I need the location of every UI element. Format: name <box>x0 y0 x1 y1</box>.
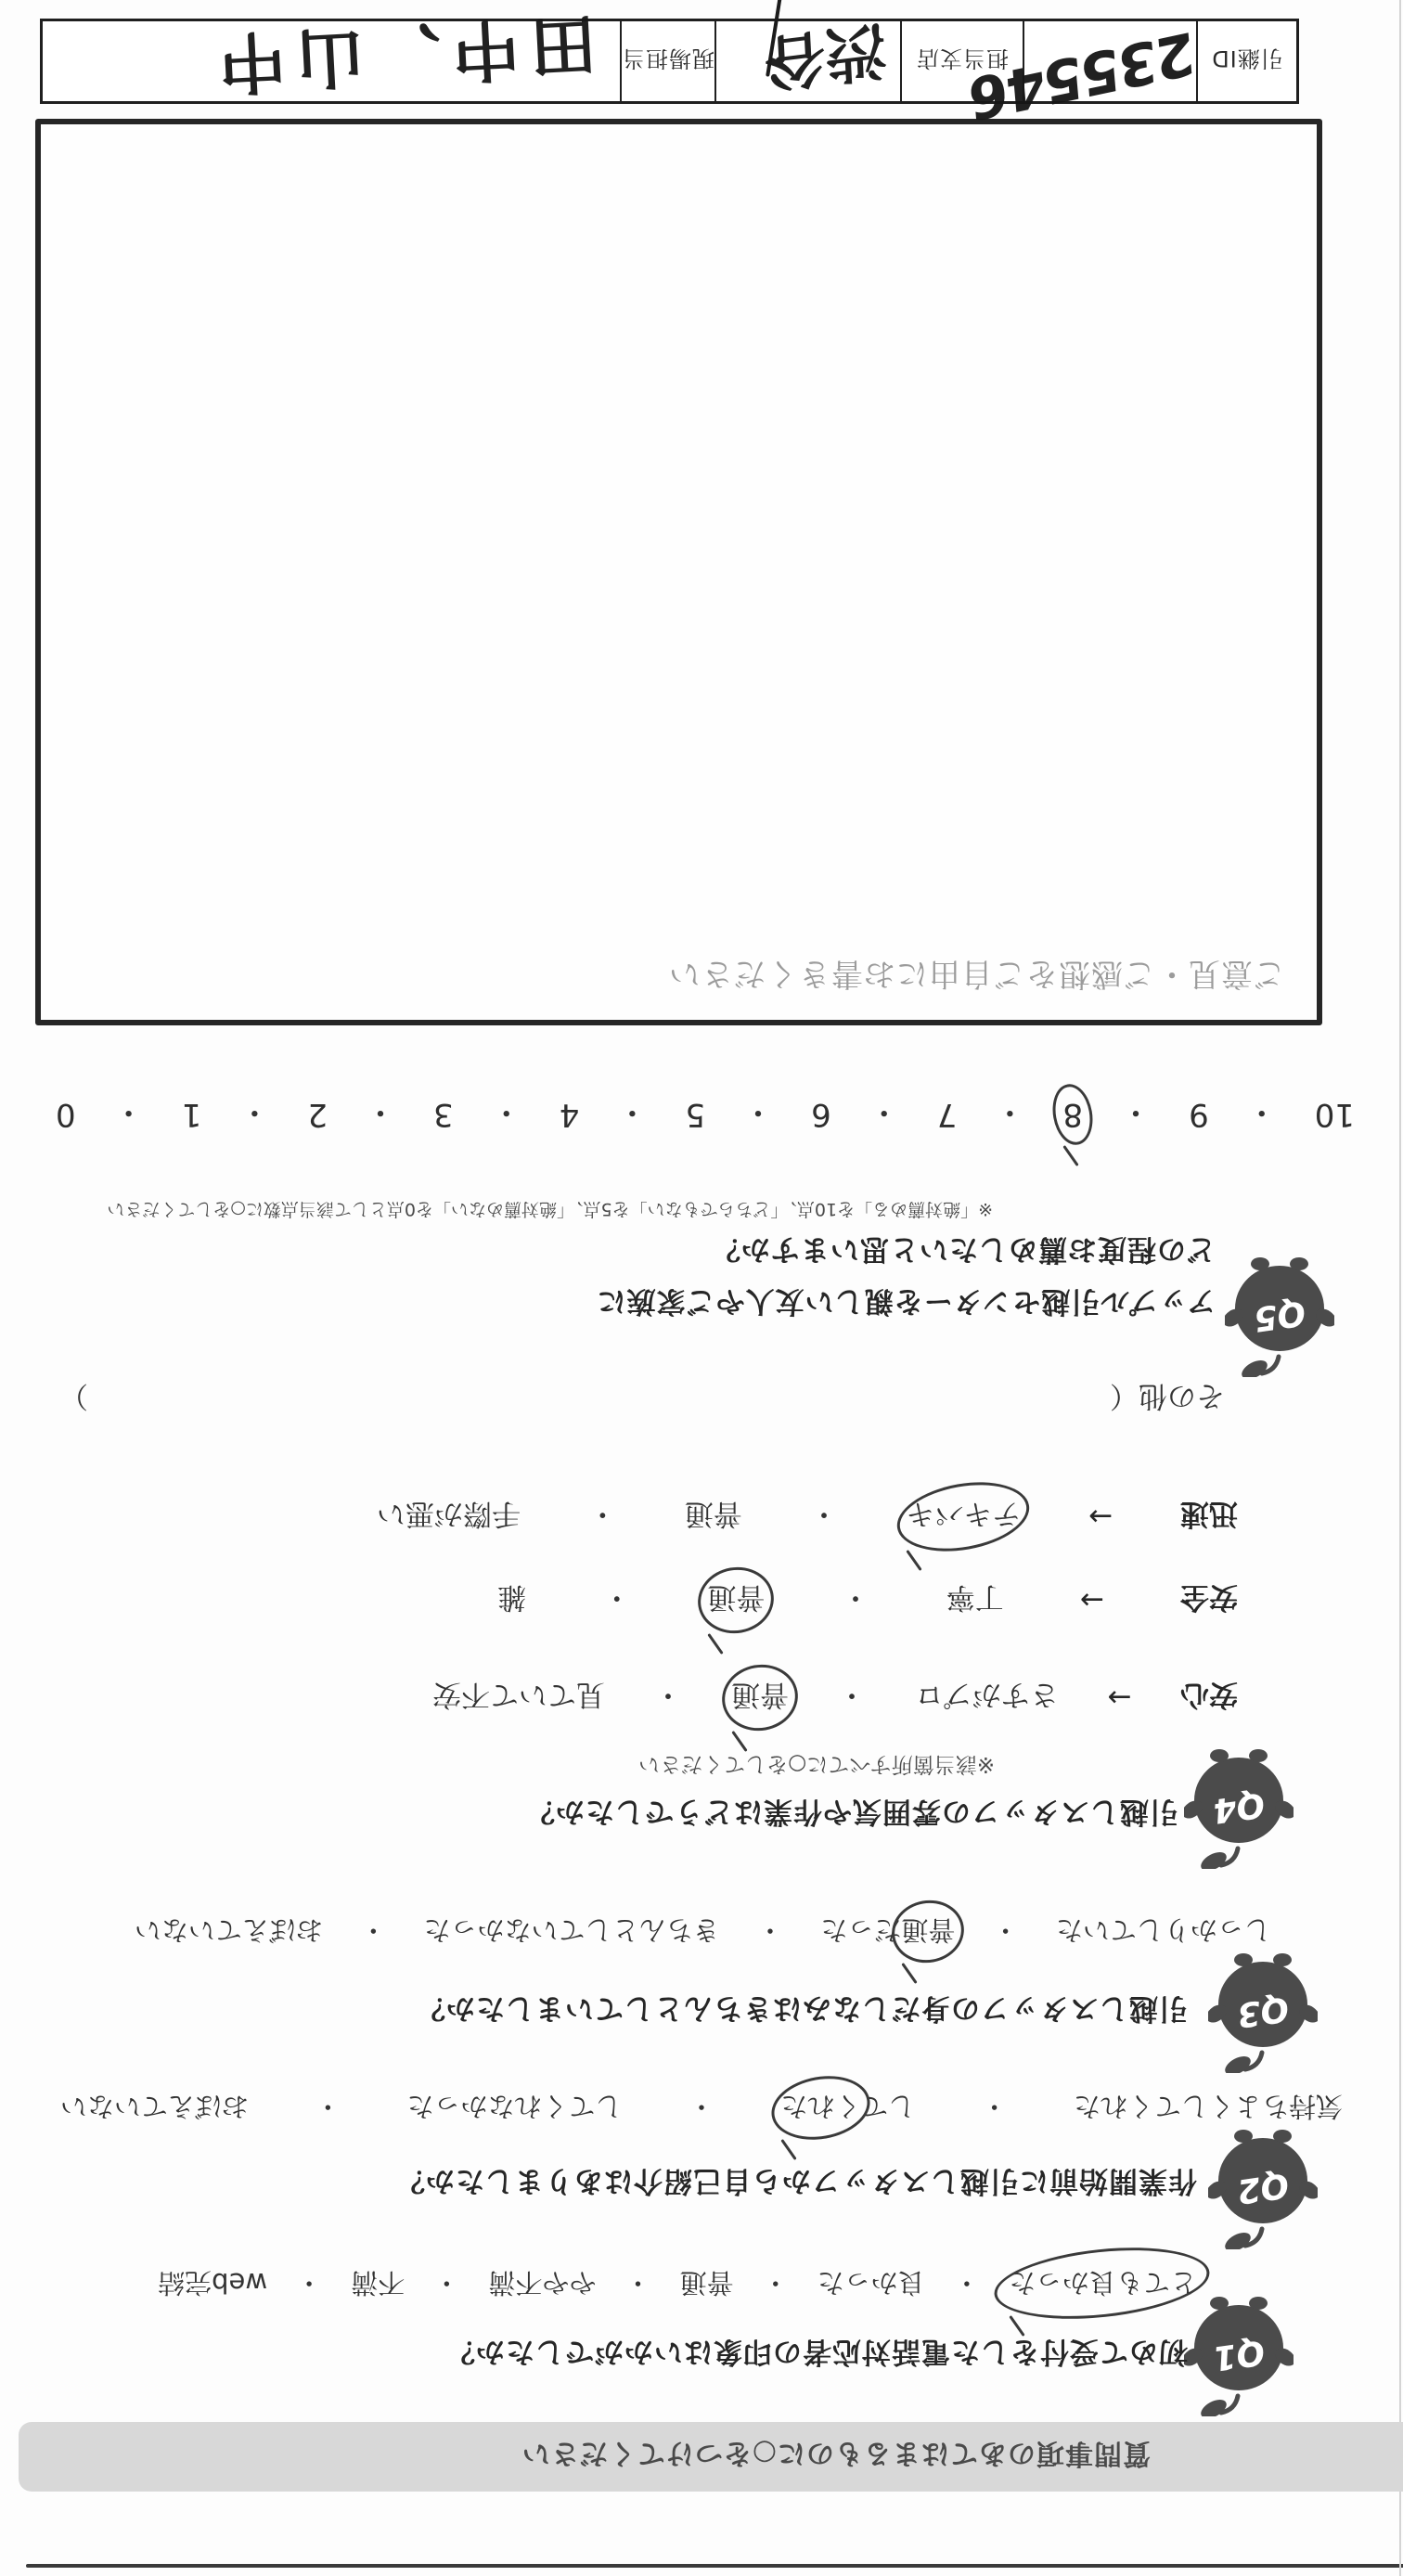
q4-question: 引越しスタッフの雰囲気や作業はどうでしたか？ <box>525 1794 1178 1835</box>
option-separator: ・ <box>994 1092 1025 1138</box>
q1-options: とても良かった ・ 良かった ・ 普通 ・ やや不満 ・ 不満 ・ web完結 <box>158 2265 1197 2303</box>
option-separator: ・ <box>869 1092 900 1138</box>
option-separator: ・ <box>315 2089 341 2127</box>
q4-option: さすがプロ <box>915 1677 1059 1719</box>
option-separator: ・ <box>238 1092 270 1138</box>
q4-option: 普通 <box>685 1496 742 1538</box>
q5-question-line1: アップル引越センターを親しい友人やご家族に <box>597 1283 1216 1325</box>
q2-option-selected: してくれた <box>780 2089 915 2127</box>
scale-5: 5 <box>685 1097 705 1134</box>
q4-option: 雑 <box>497 1579 526 1621</box>
q4-option: 見ていて不安 <box>432 1677 605 1719</box>
scale-3: 3 <box>433 1097 454 1134</box>
q4-option: 手際が悪い <box>377 1496 521 1538</box>
option-separator: ・ <box>491 1092 522 1138</box>
q2-options: 気持ちよくしてくれた ・ してくれた ・ してくれなかった ・ おぼえていない <box>60 2089 1343 2127</box>
comment-box: ご意見・ご感想をご自由にお書きください <box>35 119 1322 1025</box>
q3-mascot-icon: Q3 <box>1208 1951 1318 2073</box>
option-separator: ・ <box>756 1913 783 1951</box>
q5-question-line2: どの程度お薦めしたいと思いますか？ <box>711 1231 1216 1273</box>
option-separator: ・ <box>113 1092 145 1138</box>
scale-9: 9 <box>1189 1097 1209 1134</box>
q2-mascot-icon: Q2 <box>1208 2127 1318 2249</box>
option-separator: ・ <box>360 1913 387 1951</box>
q2-option: してくれなかった <box>407 2089 623 2127</box>
q5-mascot-icon: Q5 <box>1225 1255 1334 1377</box>
handover-id-label-cell: 引継ID <box>1198 21 1296 101</box>
q4-mascot-icon: Q4 <box>1184 1746 1294 1869</box>
q3-circle: 普通 <box>901 1913 955 1951</box>
option-separator: ・ <box>742 1092 774 1138</box>
form-title: 質問事項のあてはまるものに○をつけてください <box>521 2437 1151 2478</box>
scale-1: 1 <box>182 1097 202 1134</box>
scan-edge-line <box>1399 0 1401 2576</box>
q1-option: 良かった <box>817 2265 925 2303</box>
q4-option: テキパキ <box>906 1497 1021 1530</box>
q4-row2-selected: 普通 <box>707 1579 765 1621</box>
q4-option: 普通 <box>731 1678 789 1711</box>
option-separator: ・ <box>953 2265 980 2303</box>
option-separator: ・ <box>1120 1092 1152 1138</box>
q3-option: きちんとしていなかった <box>424 1913 720 1951</box>
survey-sheet-rotated: 質問事項のあてはまるものに○をつけてください Q1 初めて受付をした電話対応者の… <box>0 0 1403 2576</box>
scanned-survey-page: 質問事項のあてはまるものに○をつけてください Q1 初めて受付をした電話対応者の… <box>0 0 1403 2576</box>
q3-option: おぼえていない <box>135 1913 323 1951</box>
scale-4: 4 <box>560 1097 580 1134</box>
q5-note: ※「絶対薦める」を10点、「どちらでもない」を5点、「絶対薦めない」を0点として… <box>107 1198 993 1223</box>
handwritten-branch: 渋谷 <box>763 10 889 113</box>
option-separator: ・ <box>992 1913 1019 1951</box>
q5-selected-score: 8 <box>1062 1097 1083 1134</box>
scale-8: 8 <box>1062 1097 1083 1134</box>
q1-option-selected: とても良かった <box>1009 2265 1197 2303</box>
q4-option: 普通 <box>707 1580 765 1614</box>
scale-0: 0 <box>56 1097 76 1134</box>
option-separator: ・ <box>365 1092 396 1138</box>
q4-other-close: ） <box>59 1378 88 1420</box>
scale-7: 7 <box>937 1097 958 1134</box>
option-separator: ・ <box>981 2089 1008 2127</box>
q1-mascot-icon: Q1 <box>1184 2294 1294 2416</box>
q4-row-anshin: 安心 → さすがプロ ・ 普通 ・ 見ていて不安 <box>432 1677 1238 1719</box>
option-separator: ・ <box>433 2265 460 2303</box>
arrow-right-icon: → <box>1108 1681 1132 1715</box>
q2-circle: くれた <box>780 2089 861 2127</box>
option-separator: ・ <box>688 2089 714 2127</box>
q2-option: 気持ちよくしてくれた <box>1074 2089 1343 2127</box>
q5-nps-scale: 10 ・ 9 ・ 8 ・ 7 ・ 6 ・ 5 ・ 4 ・ 3 ・ 2 ・ 1 ・… <box>56 1092 1355 1138</box>
q3-options: しっかりしていた ・ 普通だった ・ きちんとしていなかった ・ おぼえていない <box>135 1913 1271 1951</box>
q1-option: 普通 <box>680 2265 734 2303</box>
q3-option-part: だった <box>820 1914 901 1946</box>
q1-question: 初めて受付をした電話対応者の印象はいかがでしたか？ <box>445 2334 1188 2376</box>
comment-box-label: ご意見・ご感想をご自由にお書きください <box>668 954 1285 999</box>
q4-row-jinsoku: 迅速 → テキパキ ・ 普通 ・ 手際が悪い <box>377 1496 1238 1538</box>
form-title-bar: 質問事項のあてはまるものに○をつけてください <box>19 2422 1403 2492</box>
handover-id-label: 引継ID <box>1211 45 1283 78</box>
q4-other-open: その他（ <box>1110 1378 1225 1420</box>
scale-2: 2 <box>307 1097 328 1134</box>
staff-label: 現場担当 <box>622 45 714 78</box>
staff-label-cell: 現場担当 <box>622 21 716 101</box>
option-separator: ・ <box>624 2265 651 2303</box>
q2-option-part: くれた <box>780 2091 861 2122</box>
q4-row-label: 迅速 <box>1180 1496 1238 1538</box>
q4-row-label: 安全 <box>1180 1579 1238 1621</box>
option-separator: ・ <box>842 1579 870 1621</box>
q1-option: やや不満 <box>488 2265 596 2303</box>
arrow-right-icon: → <box>1080 1584 1104 1617</box>
scan-edge-line <box>26 2564 1403 2568</box>
scale-6: 6 <box>811 1097 831 1134</box>
option-separator: ・ <box>588 1496 617 1538</box>
q1-option: 不満 <box>351 2265 405 2303</box>
option-separator: ・ <box>616 1092 648 1138</box>
q4-option: 丁寧 <box>946 1579 1004 1621</box>
option-separator: ・ <box>1246 1092 1278 1138</box>
q4-row3-selected: テキパキ <box>906 1496 1021 1538</box>
q3-option-selected: 普通だった <box>820 1913 955 1951</box>
option-separator: ・ <box>296 2265 323 2303</box>
q3-option: しっかりしていた <box>1056 1913 1271 1951</box>
option-separator: ・ <box>810 1496 839 1538</box>
q4-other-row: その他（ ） <box>59 1378 1225 1420</box>
q4-row-label: 安心 <box>1180 1677 1238 1719</box>
scale-10: 10 <box>1315 1097 1355 1134</box>
option-separator: ・ <box>654 1677 683 1719</box>
q1-option: web完結 <box>158 2265 267 2303</box>
q2-option: おぼえていない <box>60 2089 249 2127</box>
handwritten-staff-names: 田中、山中 <box>206 1 600 118</box>
q1-option: とても良かった <box>1009 2267 1197 2299</box>
option-separator: ・ <box>602 1579 631 1621</box>
q3-option-part: 普通 <box>901 1914 955 1946</box>
q2-question: 作業開始前に引越しスタッフから自己紹介はありましたか？ <box>395 2163 1197 2205</box>
arrow-right-icon: → <box>1088 1501 1113 1534</box>
q4-row1-selected: 普通 <box>731 1677 789 1719</box>
q3-question: 引越しスタッフの身だしなみはきちんとしていましたか？ <box>416 1990 1188 2032</box>
option-separator: ・ <box>762 2265 789 2303</box>
q4-note: ※該当箇所すべてに○をしてください <box>638 1751 995 1782</box>
q4-row-anzen: 安全 → 丁寧 ・ 普通 ・ 雑 <box>497 1579 1238 1621</box>
option-separator: ・ <box>838 1677 867 1719</box>
